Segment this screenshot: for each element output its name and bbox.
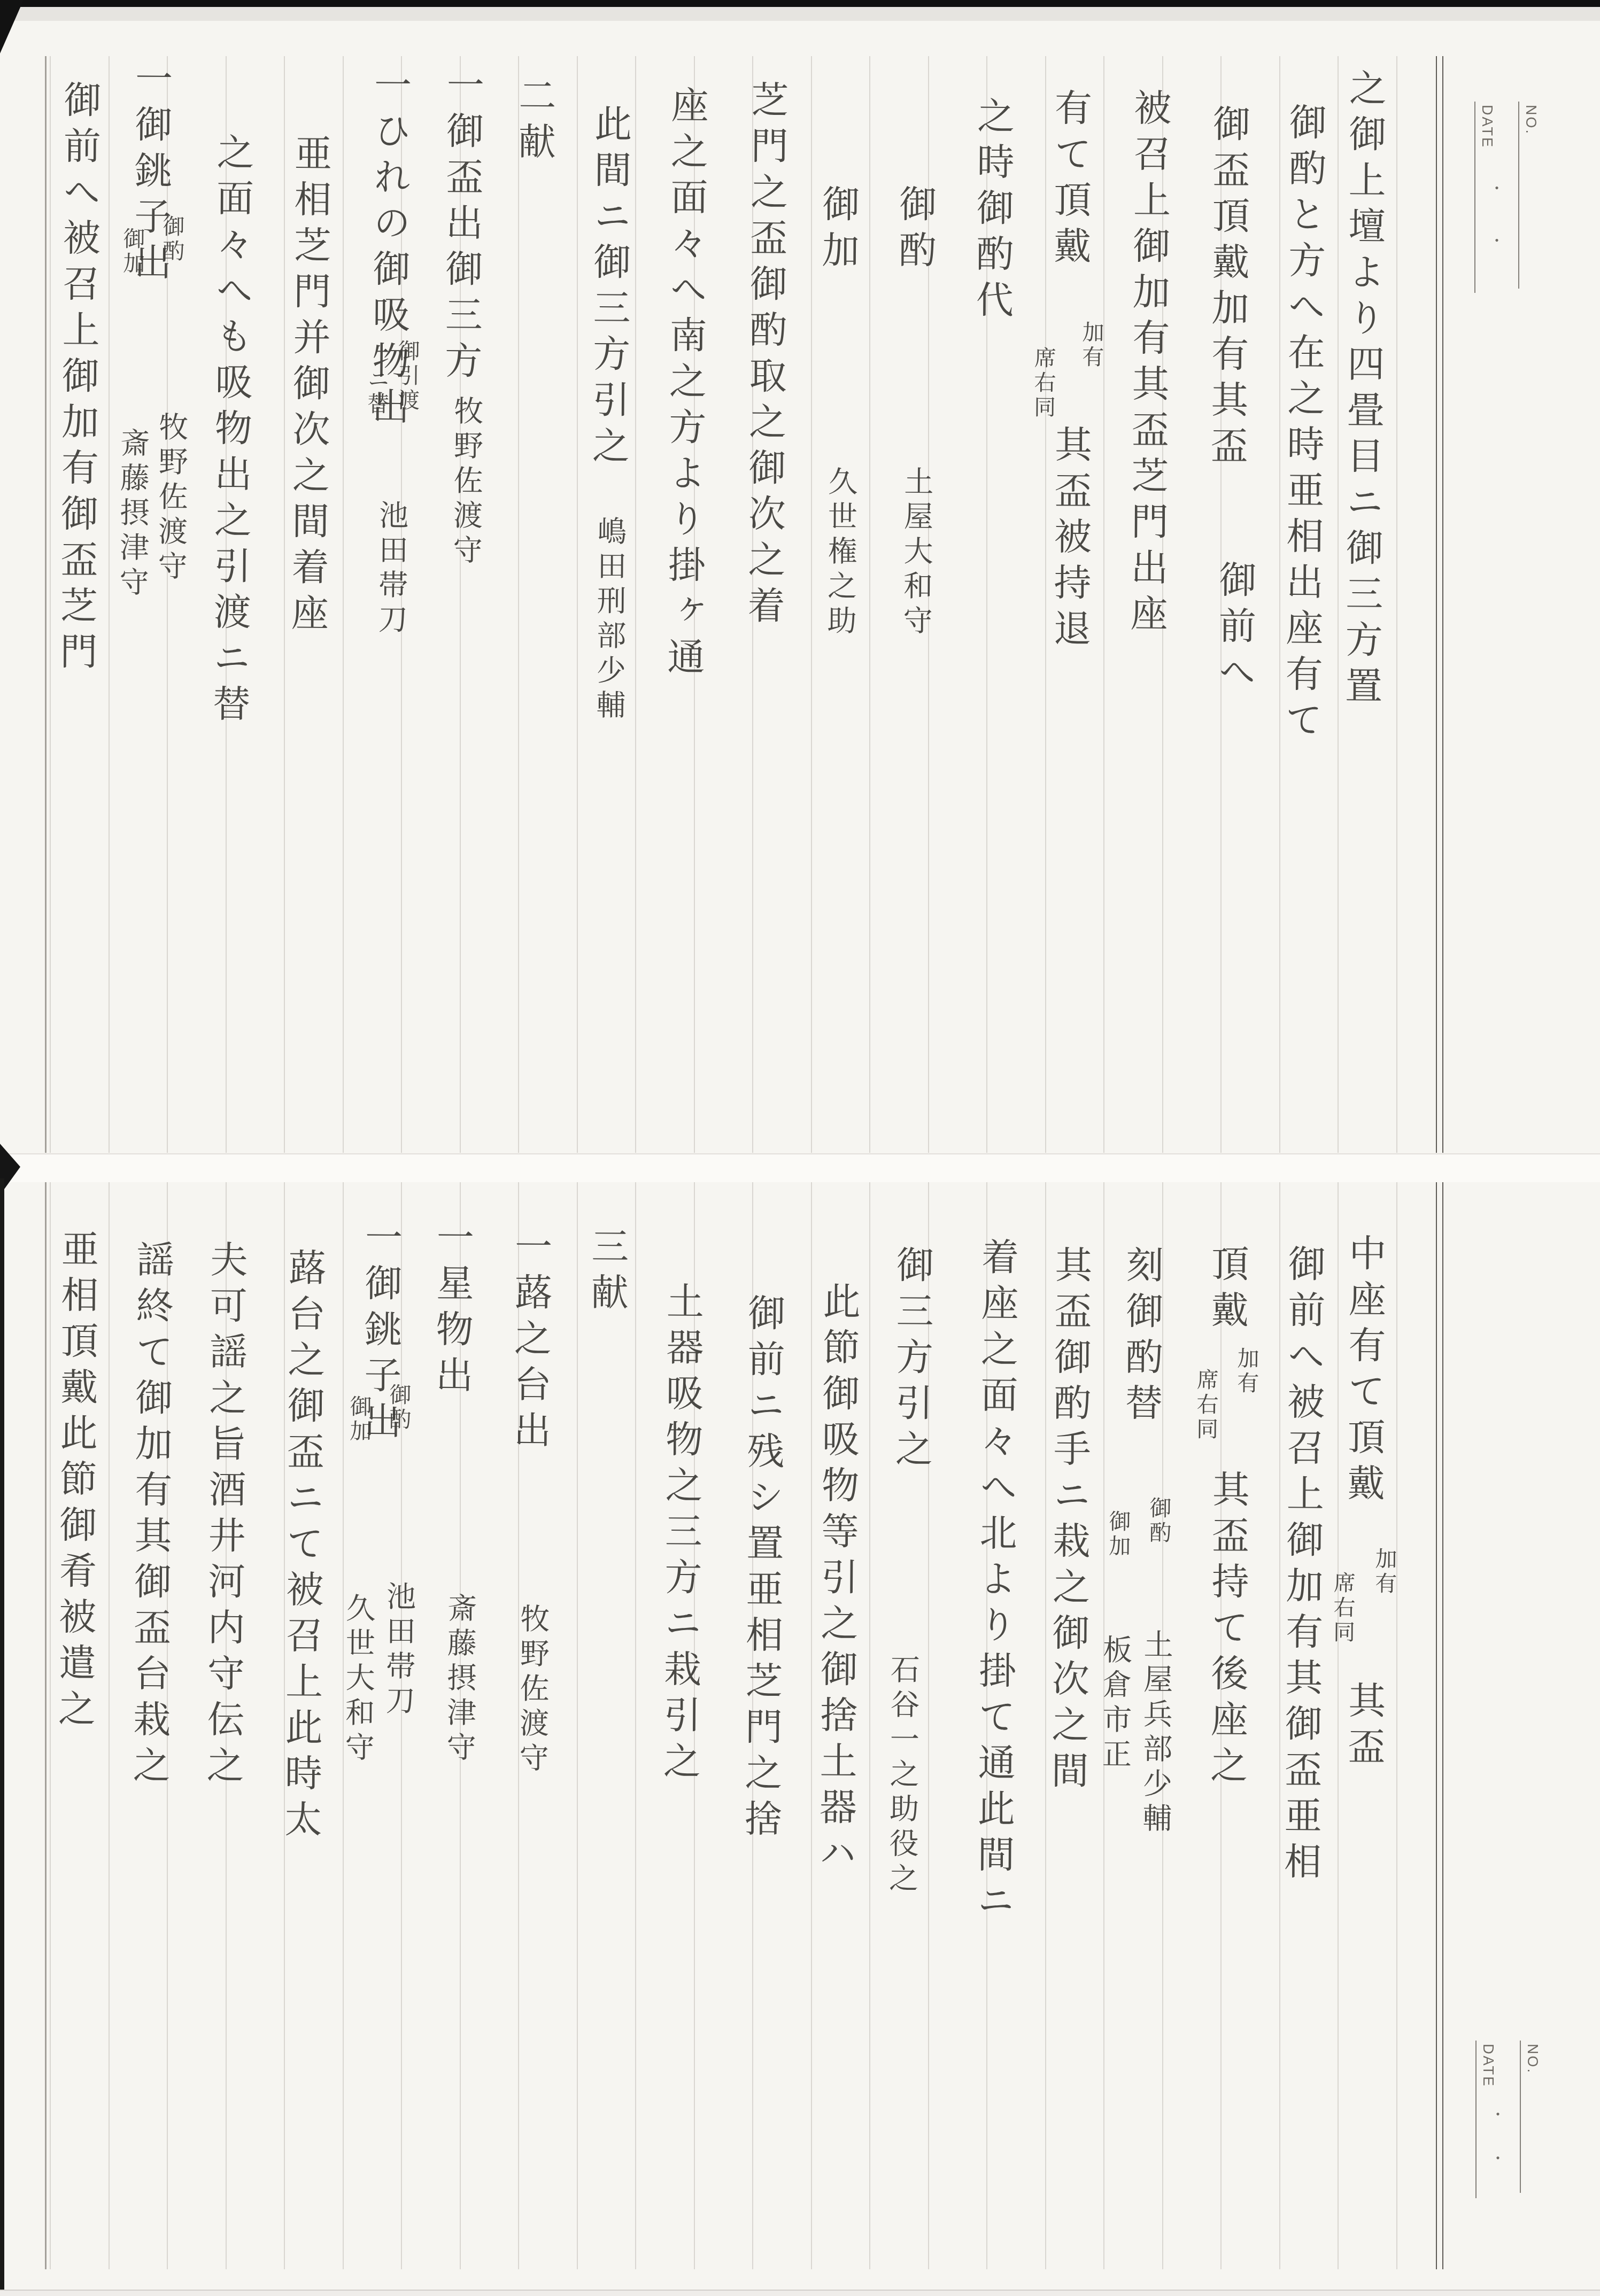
no-underline	[1520, 2041, 1521, 2193]
handwritten-name-column: 土屋大和守	[894, 466, 938, 640]
handwritten-text-column: 之時御酌代	[965, 96, 1021, 327]
binding-edge-line	[45, 1181, 47, 2269]
handwritten-text-column: 之御上壇より四畳目ニ御三方置	[1334, 68, 1392, 712]
date-dot: ・	[1490, 2108, 1505, 2123]
no-underline	[1518, 102, 1519, 289]
handwritten-name-column: 斎藤摂津守	[111, 428, 154, 602]
scan-shadow-top	[0, 7, 1600, 21]
date-label: DATE	[1480, 2044, 1496, 2088]
handwritten-name-column: 牧野佐渡守	[149, 412, 192, 586]
handwritten-text-column: 座之面々へ南之方より掛ヶ通	[656, 86, 715, 684]
margin-rule-outer	[1436, 1181, 1437, 2269]
handwritten-text-column: 夫可謡之旨酒井河内守伝之	[196, 1240, 253, 1792]
handwritten-name-column: 牧野佐渡守	[444, 395, 488, 570]
handwritten-text-column: 御前ニ残シ置亜相芝門之捨	[733, 1293, 791, 1845]
handwritten-text-column: 御酌と方へ在之時亜相出座有て	[1274, 103, 1332, 747]
handwritten-text-column: 御加	[117, 227, 149, 276]
handwritten-text-column: 着座之面々へ北より掛て通此間ニ	[966, 1237, 1025, 1927]
handwritten-text-column: 此節御吸物等引之御捨土器ハ	[808, 1282, 867, 1880]
handwritten-text-column: 亜相頂戴此節御肴被遣之	[47, 1229, 105, 1735]
handwritten-text-column: 其盃	[1337, 1681, 1392, 1773]
handwritten-text-column: 有て頂戴	[1042, 88, 1097, 273]
handwritten-text-column: 中座有て頂戴	[1336, 1234, 1393, 1510]
handwritten-text-column: 二献	[507, 76, 562, 168]
margin-rule-outer	[1436, 56, 1437, 1153]
handwritten-name-column: 斎藤摂津守	[438, 1593, 481, 1767]
handwritten-text-column: 御加	[343, 1395, 375, 1444]
handwritten-text-column: 刻御酌替	[1114, 1245, 1169, 1430]
date-underline	[1474, 102, 1475, 293]
handwritten-name-column: 板倉市正	[1094, 1634, 1137, 1774]
handwritten-text-column: 席右同	[1327, 1571, 1359, 1645]
handwritten-text-column: 一御盃出御三方	[434, 65, 490, 387]
scan-edge-top	[0, 0, 1600, 7]
handwritten-text-column: 芝門之盃御酌取之御次之着	[737, 80, 794, 632]
margin-rule-inner	[1442, 1181, 1443, 2269]
handwritten-text-column: 其盃被持退	[1042, 425, 1098, 655]
no-label: NO.	[1522, 105, 1539, 135]
handwritten-text-column: 御前へ被召上御加有御盃芝門	[49, 80, 107, 678]
handwritten-text-column: 一蕗之台出	[503, 1227, 558, 1457]
handwritten-text-column: 御酌	[1143, 1496, 1175, 1546]
handwritten-text-column: 御前へ	[1208, 560, 1263, 699]
handwritten-text-column: 御酌	[156, 215, 188, 264]
handwritten-text-column: 三献	[580, 1227, 635, 1319]
handwritten-name-column: 池田帯刀	[377, 1581, 421, 1720]
handwritten-text-column: 御引渡	[391, 339, 423, 413]
handwritten-text-column: 一星物出	[424, 1217, 480, 1402]
handwritten-text-column: 土器吸物之三方ニ栽引之	[652, 1282, 710, 1788]
handwritten-text-column: 加有	[1369, 1547, 1401, 1596]
handwritten-name-column: 土屋兵部少輔	[1134, 1629, 1178, 1838]
handwritten-name-column: 久世権之助	[818, 466, 862, 640]
page-fold-band	[0, 1153, 1600, 1182]
handwritten-text-column: 蕗台之御盃ニて被召上此時太	[274, 1248, 332, 1846]
handwritten-name-column: 久世大和守	[336, 1593, 380, 1767]
handwritten-text-column: 御加	[811, 184, 865, 277]
handwritten-text-column: 頂戴	[1200, 1244, 1255, 1337]
handwritten-text-column: 御酌	[888, 184, 942, 277]
date-dot: ・	[1489, 234, 1504, 249]
handwritten-text-column: 御加	[1102, 1510, 1134, 1559]
handwritten-name-column: 牧野佐渡守	[511, 1603, 554, 1778]
handwritten-text-column: 此間ニ御三方引之	[581, 104, 638, 472]
handwritten-text-column: 御盃頂戴加有其盃	[1200, 104, 1256, 472]
handwritten-text-column: 加有	[1076, 321, 1108, 370]
date-dot: ・	[1489, 182, 1504, 197]
notebook-scan: NO. DATE ・ ・ 之御上壇より四畳目ニ御三方置御酌と方へ在之時亜相出座有…	[0, 0, 1600, 2296]
handwritten-name-column: 池田帯刀	[370, 500, 413, 639]
no-label: NO.	[1524, 2044, 1541, 2074]
handwritten-text-column: 亜相芝門并御次之間着座	[280, 134, 338, 640]
date-underline	[1475, 2041, 1477, 2198]
handwritten-name-column: 石谷一之助役之	[880, 1654, 924, 1898]
handwritten-text-column: 席右同	[1190, 1368, 1222, 1442]
margin-rule-inner	[1442, 56, 1443, 1153]
handwritten-text-column: 御前へ被召上御加有其御盃亜相	[1273, 1244, 1331, 1888]
date-dot: ・	[1490, 2152, 1505, 2167]
handwritten-text-column: 御酌	[383, 1383, 415, 1432]
handwritten-text-column: 御三方引之	[884, 1245, 940, 1476]
handwritten-text-column: 之面々へも吸物出之引渡ニ替	[202, 133, 260, 731]
handwritten-text-column: 其盃持て後座之	[1199, 1470, 1255, 1792]
handwritten-text-column: 其盃御酌手ニ栽之御次之間	[1040, 1245, 1098, 1797]
handwritten-text-column: 席右同	[1027, 346, 1060, 420]
handwritten-name-column: 嶋田刑部少輔	[588, 516, 631, 725]
handwritten-text-column: 加有	[1231, 1347, 1263, 1396]
handwritten-text-column: ニ替	[361, 368, 393, 417]
handwritten-text-column: 被召上御加有其盃芝門出座	[1119, 88, 1177, 640]
scan-edge-left	[0, 1178, 4, 2296]
scan-edge-bottom	[0, 2291, 1600, 2296]
date-label: DATE	[1479, 105, 1495, 149]
binding-edge-line	[45, 56, 47, 1153]
handwritten-text-column: 謡終て御加有其御盃台栽之	[122, 1240, 180, 1792]
